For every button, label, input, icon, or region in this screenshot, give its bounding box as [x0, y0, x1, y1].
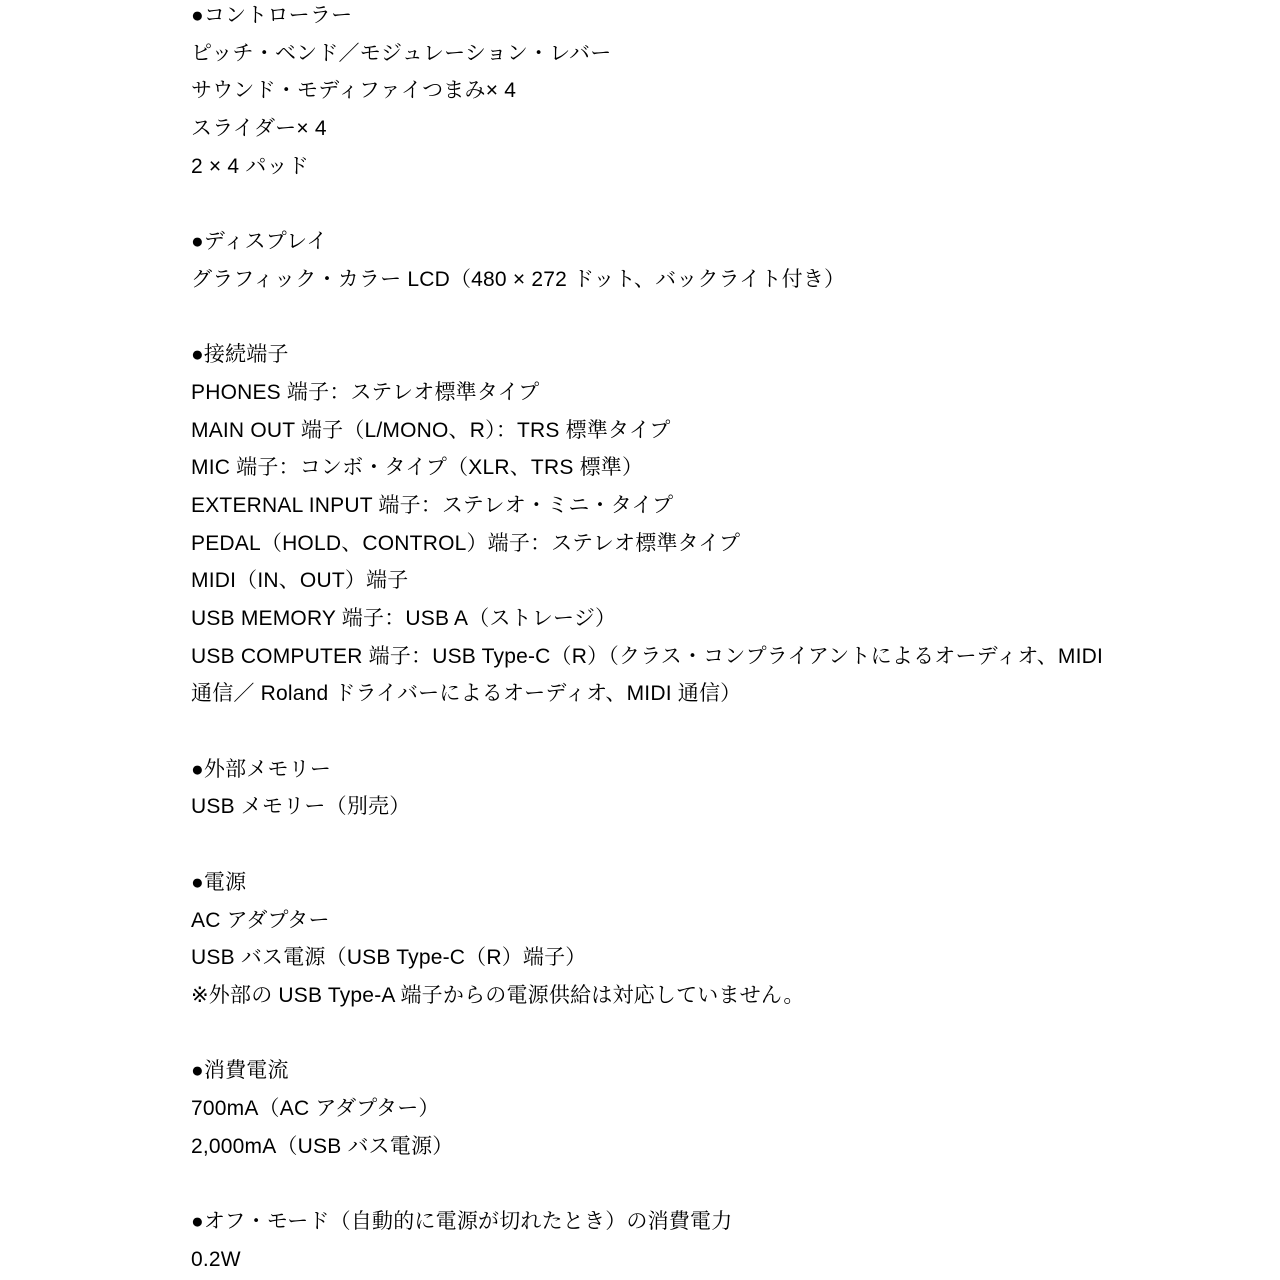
spec-line: AC アダプター: [191, 902, 1271, 940]
spec-line: MIDI（IN、OUT）端子: [191, 562, 1271, 600]
section-header-controllers: ●コントローラー: [191, 0, 1271, 35]
spec-line: 2,000mA（USB バス電源）: [191, 1128, 1271, 1166]
spec-line: 700mA（AC アダプター）: [191, 1090, 1271, 1128]
spec-line: グラフィック・カラー LCD（480 × 272 ドット、バックライト付き）: [191, 261, 1271, 299]
spec-document: ●コントローラー ピッチ・ベンド／モジュレーション・レバー サウンド・モディファ…: [191, 0, 1271, 1278]
section-header-current-draw: ●消費電流: [191, 1052, 1271, 1090]
spec-line: スライダー× 4: [191, 110, 1271, 148]
section-header-power: ●電源: [191, 864, 1271, 902]
spec-line: PHONES 端子：ステレオ標準タイプ: [191, 374, 1271, 412]
spec-line: USB メモリー（別売）: [191, 788, 1271, 826]
spec-line: ピッチ・ベンド／モジュレーション・レバー: [191, 35, 1271, 73]
section-header-external-memory: ●外部メモリー: [191, 751, 1271, 789]
spec-line: 通信／ Roland ドライバーによるオーディオ、MIDI 通信）: [191, 675, 1271, 713]
section-gap: [191, 713, 1271, 751]
section-header-display: ●ディスプレイ: [191, 223, 1271, 261]
section-header-connectors: ●接続端子: [191, 336, 1271, 374]
spec-line: MIC 端子：コンボ・タイプ（XLR、TRS 標準）: [191, 449, 1271, 487]
spec-line: PEDAL（HOLD、CONTROL）端子：ステレオ標準タイプ: [191, 525, 1271, 563]
spec-line: USB バス電源（USB Type-C（R）端子）: [191, 939, 1271, 977]
spec-line: EXTERNAL INPUT 端子：ステレオ・ミニ・タイプ: [191, 487, 1271, 525]
section-header-off-mode-power: ●オフ・モード（自動的に電源が切れたとき）の消費電力: [191, 1203, 1271, 1241]
spec-line: USB MEMORY 端子：USB A（ストレージ）: [191, 600, 1271, 638]
section-gap: [191, 1015, 1271, 1053]
spec-line: 0.2W: [191, 1241, 1271, 1279]
spec-line: USB COMPUTER 端子：USB Type-C（R）（クラス・コンプライア…: [191, 638, 1271, 676]
spec-line: サウンド・モディファイつまみ× 4: [191, 72, 1271, 110]
section-gap: [191, 1165, 1271, 1203]
section-gap: [191, 185, 1271, 223]
section-gap: [191, 299, 1271, 337]
spec-line: ※外部の USB Type-A 端子からの電源供給は対応していません。: [191, 977, 1271, 1015]
spec-line: MAIN OUT 端子（L/MONO、R）：TRS 標準タイプ: [191, 412, 1271, 450]
spec-line: 2 × 4 パッド: [191, 148, 1271, 186]
section-gap: [191, 826, 1271, 864]
